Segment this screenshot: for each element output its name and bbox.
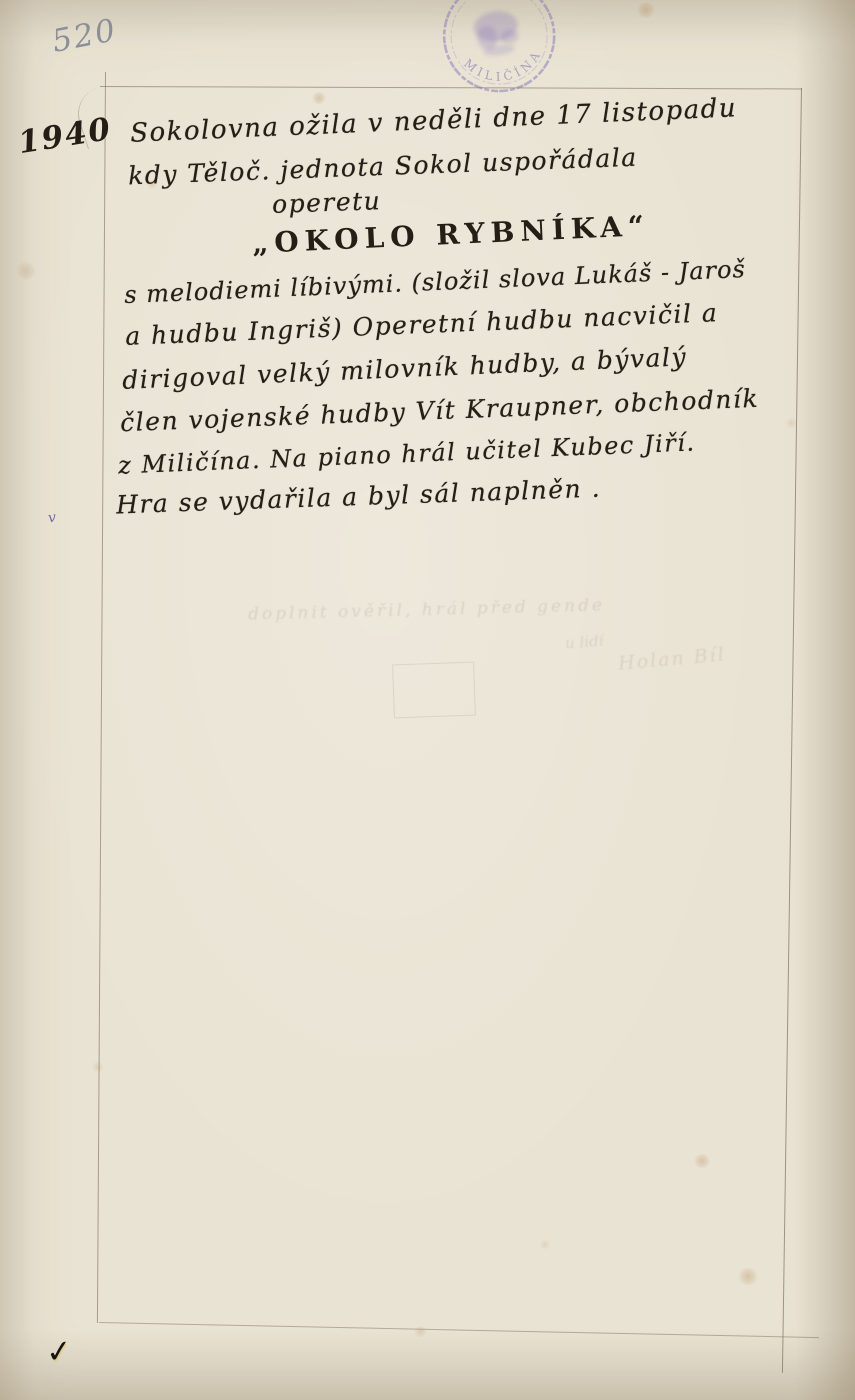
foxing-spot [694,1154,710,1168]
foxing-spot [637,2,655,18]
foxing-spot [92,1062,104,1072]
foxing-spot [16,262,36,280]
faint-pencil-note: u lidí [564,632,604,653]
entry-line: Sokolovna ožila v neděli dne 17 listopad… [130,93,738,148]
foxing-spot [738,1268,758,1285]
foxing-spot [312,92,326,104]
foxing-spot [414,1326,427,1337]
foxing-spot [147,180,157,189]
margin-check-mark: v [47,510,57,527]
frame-line-left [97,72,106,1323]
stamp-emblem [472,9,522,59]
faint-pencil-rectangle [392,662,476,719]
foxing-spot [540,1240,550,1249]
frame-line-right [782,88,802,1373]
year-label: 1940 [16,111,115,161]
entry-line: Hra se vydařila a byl sál naplněn . [116,474,602,520]
entry-line: a hudbu Ingriš) Operetní hudbu nacvičil … [125,298,719,351]
page-number: 520 [49,12,120,60]
faint-pencil-note: doplnit ověřil, hrál před gende [248,595,605,624]
bottom-check-mark: ✓ [44,1333,74,1372]
entry-line: dirigoval velký milovník hudby, a bývalý [122,342,688,395]
chronicle-page-scan: 520 1940 v ✓ MILIČÍNA Sokolovna ožila v … [0,0,855,1400]
faint-pencil-signature: Holan Bíl [617,643,726,674]
entry-line: operetu [272,186,382,219]
entry-line: z Miličína. Na piano hrál učitel Kubec J… [118,428,696,479]
circular-stamp: MILIČÍNA [430,0,571,114]
frame-line-bottom [99,1322,819,1338]
foxing-spot [786,418,797,428]
entry-line: kdy Těloč. jednota Sokol uspořádala [128,143,638,191]
